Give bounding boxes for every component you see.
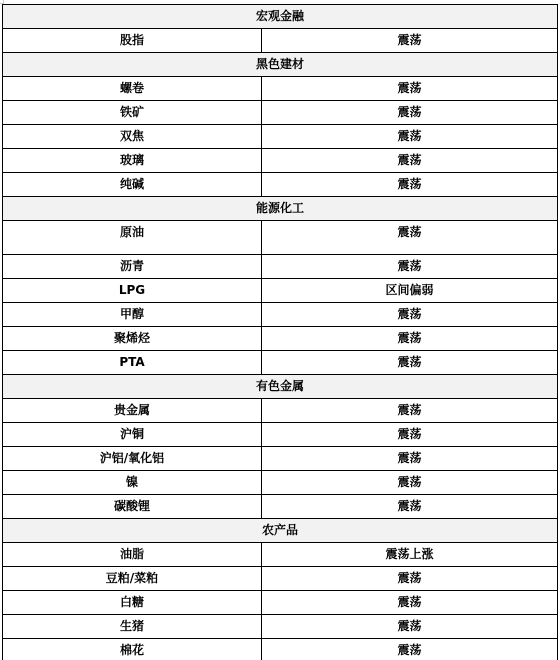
- commodity-outlook: 震荡: [262, 447, 558, 471]
- commodity-outlook: 震荡: [262, 221, 558, 255]
- table-row: 甲醇 震荡: [3, 303, 558, 327]
- commodity-outlook: 区间偏弱: [262, 279, 558, 303]
- commodity-outlook: 震荡: [262, 639, 558, 660]
- commodity-name: 镍: [3, 471, 262, 495]
- table-row: 碳酸锂 震荡: [3, 495, 558, 519]
- commodity-outlook: 震荡: [262, 173, 558, 197]
- commodity-outlook-table: 宏观金融 股指 震荡 黑色建材 螺卷 震荡 铁矿 震荡 双焦 震荡 玻璃 震荡 …: [2, 4, 558, 660]
- commodity-name: 生猪: [3, 615, 262, 639]
- table-row: 原油 震荡: [3, 221, 558, 255]
- commodity-outlook: 震荡: [262, 591, 558, 615]
- commodity-outlook: 震荡: [262, 125, 558, 149]
- commodity-name: 双焦: [3, 125, 262, 149]
- section-title: 宏观金融: [3, 5, 558, 29]
- table-row: 聚烯烃 震荡: [3, 327, 558, 351]
- commodity-name: LPG: [3, 279, 262, 303]
- commodity-outlook: 震荡: [262, 327, 558, 351]
- section-header-ferrous: 黑色建材: [3, 53, 558, 77]
- commodity-name: 沪铝/氧化铝: [3, 447, 262, 471]
- commodity-outlook: 震荡: [262, 149, 558, 173]
- commodity-name: 贵金属: [3, 399, 262, 423]
- table-row: 贵金属 震荡: [3, 399, 558, 423]
- commodity-name: 玻璃: [3, 149, 262, 173]
- table-row: 铁矿 震荡: [3, 101, 558, 125]
- commodity-name: 白糖: [3, 591, 262, 615]
- section-header-agriculture: 农产品: [3, 519, 558, 543]
- table-row: PTA 震荡: [3, 351, 558, 375]
- table-row: 豆粕/菜粕 震荡: [3, 567, 558, 591]
- table-row: 玻璃 震荡: [3, 149, 558, 173]
- commodity-outlook: 震荡: [262, 471, 558, 495]
- commodity-name: 碳酸锂: [3, 495, 262, 519]
- table-row: 镍 震荡: [3, 471, 558, 495]
- section-title: 黑色建材: [3, 53, 558, 77]
- table-row: 沪铝/氧化铝 震荡: [3, 447, 558, 471]
- commodity-name: 纯碱: [3, 173, 262, 197]
- commodity-outlook: 震荡: [262, 303, 558, 327]
- commodity-outlook: 震荡: [262, 495, 558, 519]
- commodity-outlook: 震荡: [262, 255, 558, 279]
- commodity-name: 豆粕/菜粕: [3, 567, 262, 591]
- commodity-name: 聚烯烃: [3, 327, 262, 351]
- table-row: 生猪 震荡: [3, 615, 558, 639]
- section-title: 农产品: [3, 519, 558, 543]
- commodity-outlook: 震荡: [262, 567, 558, 591]
- table-row: 螺卷 震荡: [3, 77, 558, 101]
- table-row: 纯碱 震荡: [3, 173, 558, 197]
- table-row: 双焦 震荡: [3, 125, 558, 149]
- commodity-outlook: 震荡: [262, 615, 558, 639]
- commodity-name: 原油: [3, 221, 262, 255]
- table-row: LPG 区间偏弱: [3, 279, 558, 303]
- table-row: 棉花 震荡: [3, 639, 558, 660]
- commodity-name: 油脂: [3, 543, 262, 567]
- commodity-name: 铁矿: [3, 101, 262, 125]
- section-header-nonferrous: 有色金属: [3, 375, 558, 399]
- commodity-name: 股指: [3, 29, 262, 53]
- table-row: 股指 震荡: [3, 29, 558, 53]
- section-title: 能源化工: [3, 197, 558, 221]
- section-header-energy-chemicals: 能源化工: [3, 197, 558, 221]
- commodity-name: 沪铜: [3, 423, 262, 447]
- commodity-name: 沥青: [3, 255, 262, 279]
- commodity-name: 螺卷: [3, 77, 262, 101]
- commodity-outlook: 震荡: [262, 29, 558, 53]
- table-row: 沪铜 震荡: [3, 423, 558, 447]
- commodity-outlook: 震荡: [262, 101, 558, 125]
- commodity-outlook: 震荡: [262, 423, 558, 447]
- commodity-outlook: 震荡上涨: [262, 543, 558, 567]
- commodity-name: PTA: [3, 351, 262, 375]
- commodity-outlook: 震荡: [262, 351, 558, 375]
- commodity-outlook: 震荡: [262, 77, 558, 101]
- commodity-outlook: 震荡: [262, 399, 558, 423]
- section-header-macro: 宏观金融: [3, 5, 558, 29]
- section-title: 有色金属: [3, 375, 558, 399]
- table-row: 沥青 震荡: [3, 255, 558, 279]
- commodity-name: 甲醇: [3, 303, 262, 327]
- commodity-name: 棉花: [3, 639, 262, 660]
- table-row: 油脂 震荡上涨: [3, 543, 558, 567]
- table-row: 白糖 震荡: [3, 591, 558, 615]
